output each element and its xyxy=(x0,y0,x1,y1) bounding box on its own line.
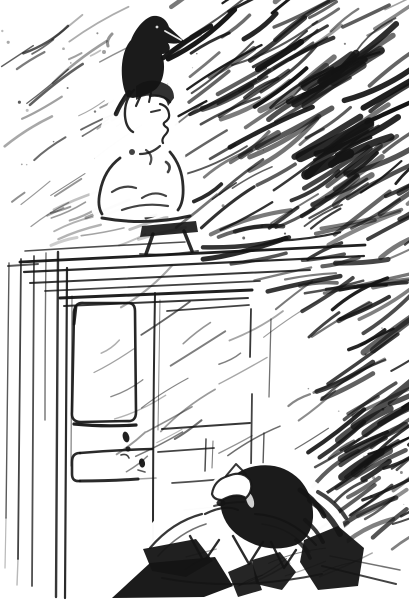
artwork-canvas xyxy=(0,0,409,604)
ink-speck xyxy=(403,504,404,505)
ink-speck xyxy=(400,471,403,474)
ink-speck xyxy=(21,164,23,166)
raven-eye xyxy=(156,26,159,29)
lithograph-scene xyxy=(0,0,409,604)
ink-speck xyxy=(167,83,168,84)
door-panel-right xyxy=(263,433,264,466)
door-panel-right xyxy=(205,439,206,471)
ink-speck xyxy=(94,110,96,112)
door-panel-right xyxy=(250,309,251,357)
ink-speck xyxy=(26,164,28,166)
ink-speck xyxy=(381,327,383,329)
ink-speck xyxy=(260,225,263,228)
ink-speck xyxy=(26,109,29,112)
ink-speck xyxy=(284,233,286,235)
door-panel-right xyxy=(251,394,252,470)
ink-speck xyxy=(312,78,315,81)
ink-speck xyxy=(308,388,310,390)
ink-speck xyxy=(70,62,72,64)
ink-speck xyxy=(192,67,193,68)
ink-speck xyxy=(344,43,346,45)
ink-speck xyxy=(242,237,245,240)
ink-speck xyxy=(1,30,3,32)
ink-speck xyxy=(18,101,21,104)
door-panel-edge xyxy=(74,424,136,426)
ink-speck xyxy=(82,136,83,137)
ink-speck xyxy=(338,410,340,412)
ink-speck xyxy=(67,87,69,89)
ink-speck xyxy=(7,41,10,44)
ink-speck xyxy=(222,204,225,207)
ink-speck xyxy=(62,47,65,50)
wall-line xyxy=(17,559,18,585)
ink-speck xyxy=(53,141,55,143)
bust-accent xyxy=(129,149,135,155)
door-panel-edge xyxy=(74,306,76,324)
ink-speck xyxy=(96,32,98,34)
ink-speck xyxy=(196,53,197,54)
ink-smudge xyxy=(102,50,106,54)
ink-speck xyxy=(263,149,264,150)
